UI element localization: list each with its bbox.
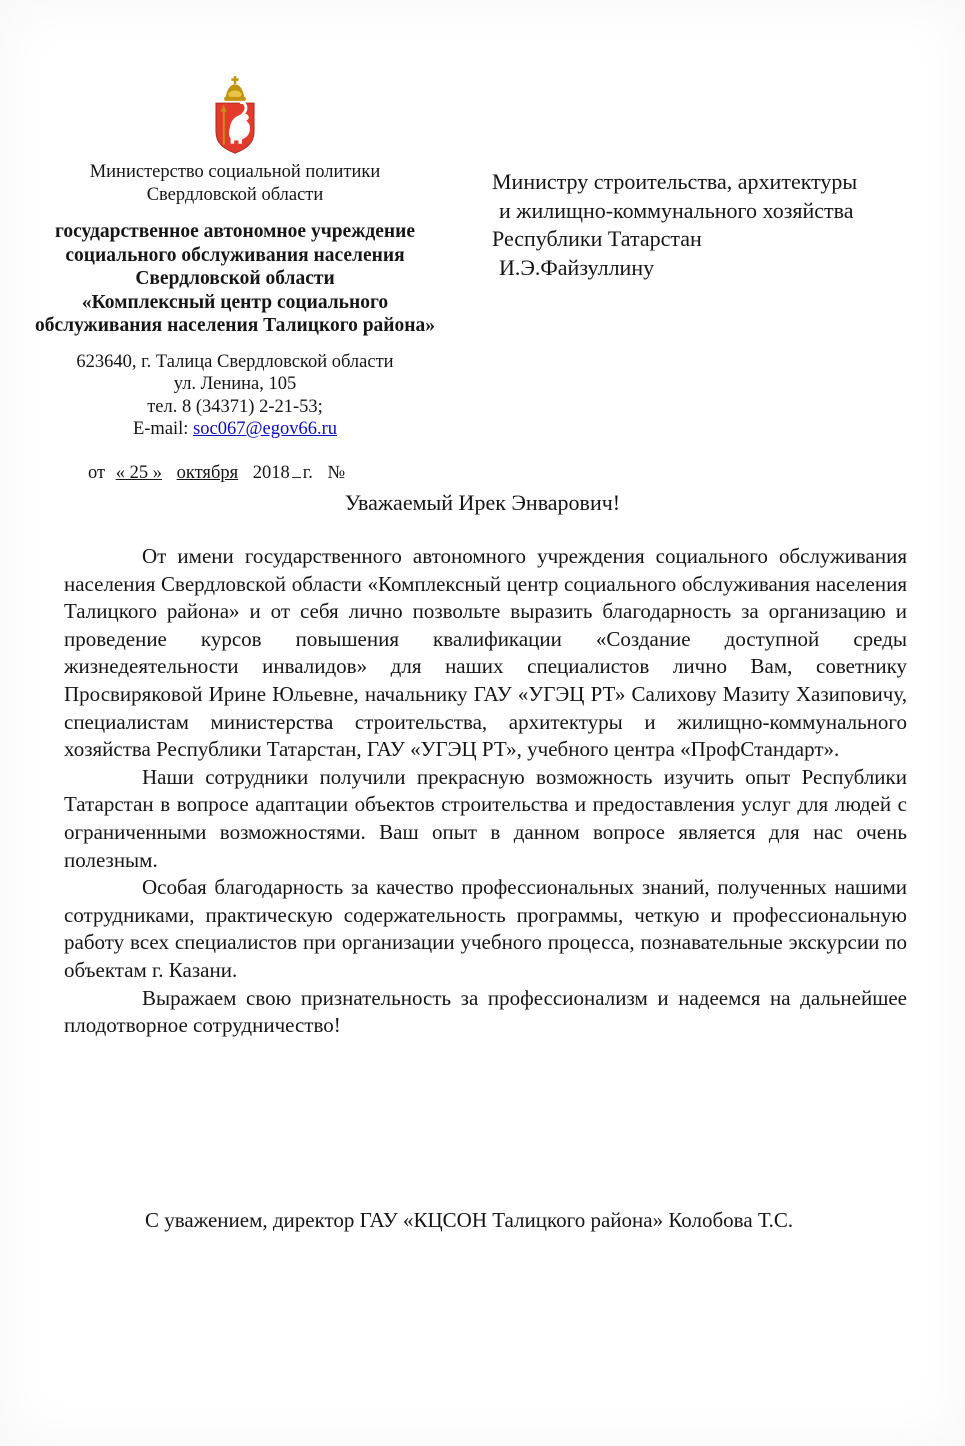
org-name-line: Свердловской области (28, 267, 442, 291)
org-name-line: «Комплексный центр социального (28, 291, 442, 315)
recipient-block: Министру строительства, архитектуры и жи… (492, 168, 922, 282)
date-day: « 25 » (116, 463, 162, 484)
date-line: от « 25 » октября 2018г. № (28, 463, 442, 484)
org-name-line: обслуживания населения Талицкого района» (28, 314, 442, 338)
email-label: E-mail: (133, 419, 188, 439)
date-year-suffix: г. (303, 463, 313, 484)
letter-body: От имени государственного автономного уч… (64, 543, 907, 1040)
date-underscore (292, 463, 301, 478)
address-line-street: ул. Ленина, 105 (28, 373, 442, 396)
organization-name: государственное автономное учреждение со… (28, 220, 442, 338)
org-name-line: государственное автономное учреждение (28, 220, 442, 244)
paragraph: Особая благодарность за качество професс… (64, 874, 907, 984)
address-line-postal: 623640, г. Талица Свердловской области (28, 351, 442, 374)
date-prefix: от (88, 463, 105, 484)
signature-line: С уважением, директор ГАУ «КЦСОН Талицко… (145, 1208, 935, 1233)
sverdlovsk-coat-of-arms-icon (209, 76, 261, 156)
ministry-line-2: Свердловской области (28, 184, 442, 207)
ministry-line-1: Министерство социальной политики (28, 161, 442, 184)
ministry-name: Министерство социальной политики Свердло… (28, 161, 442, 207)
salutation: Уважаемый Ирек Энварович! (0, 490, 965, 516)
paragraph: Наши сотрудники получили прекрасную возм… (64, 764, 907, 874)
recipient-name: И.Э.Файзуллину (492, 254, 922, 283)
document-number-sign: № (328, 463, 346, 484)
org-name-line: социального обслуживания населения (28, 244, 442, 268)
recipient-line: Республики Татарстан (492, 225, 922, 254)
recipient-line: Министру строительства, архитектуры (492, 168, 922, 197)
paragraph: Выражаем свою признательность за професс… (64, 985, 907, 1040)
date-year: 2018 (253, 463, 290, 484)
address-block: 623640, г. Талица Свердловской области у… (28, 351, 442, 441)
email-line: E-mail: soc067@egov66.ru (28, 418, 442, 441)
paragraph: От имени государственного автономного уч… (64, 543, 907, 764)
letter-page: Министерство социальной политики Свердло… (0, 0, 965, 1446)
email-link[interactable]: soc067@egov66.ru (193, 419, 337, 439)
date-month: октября (177, 463, 239, 484)
letterhead: Министерство социальной политики Свердло… (28, 76, 442, 484)
address-line-phone: тел. 8 (34371) 2-21-53; (28, 396, 442, 419)
recipient-line: и жилищно-коммунального хозяйства (492, 197, 922, 226)
